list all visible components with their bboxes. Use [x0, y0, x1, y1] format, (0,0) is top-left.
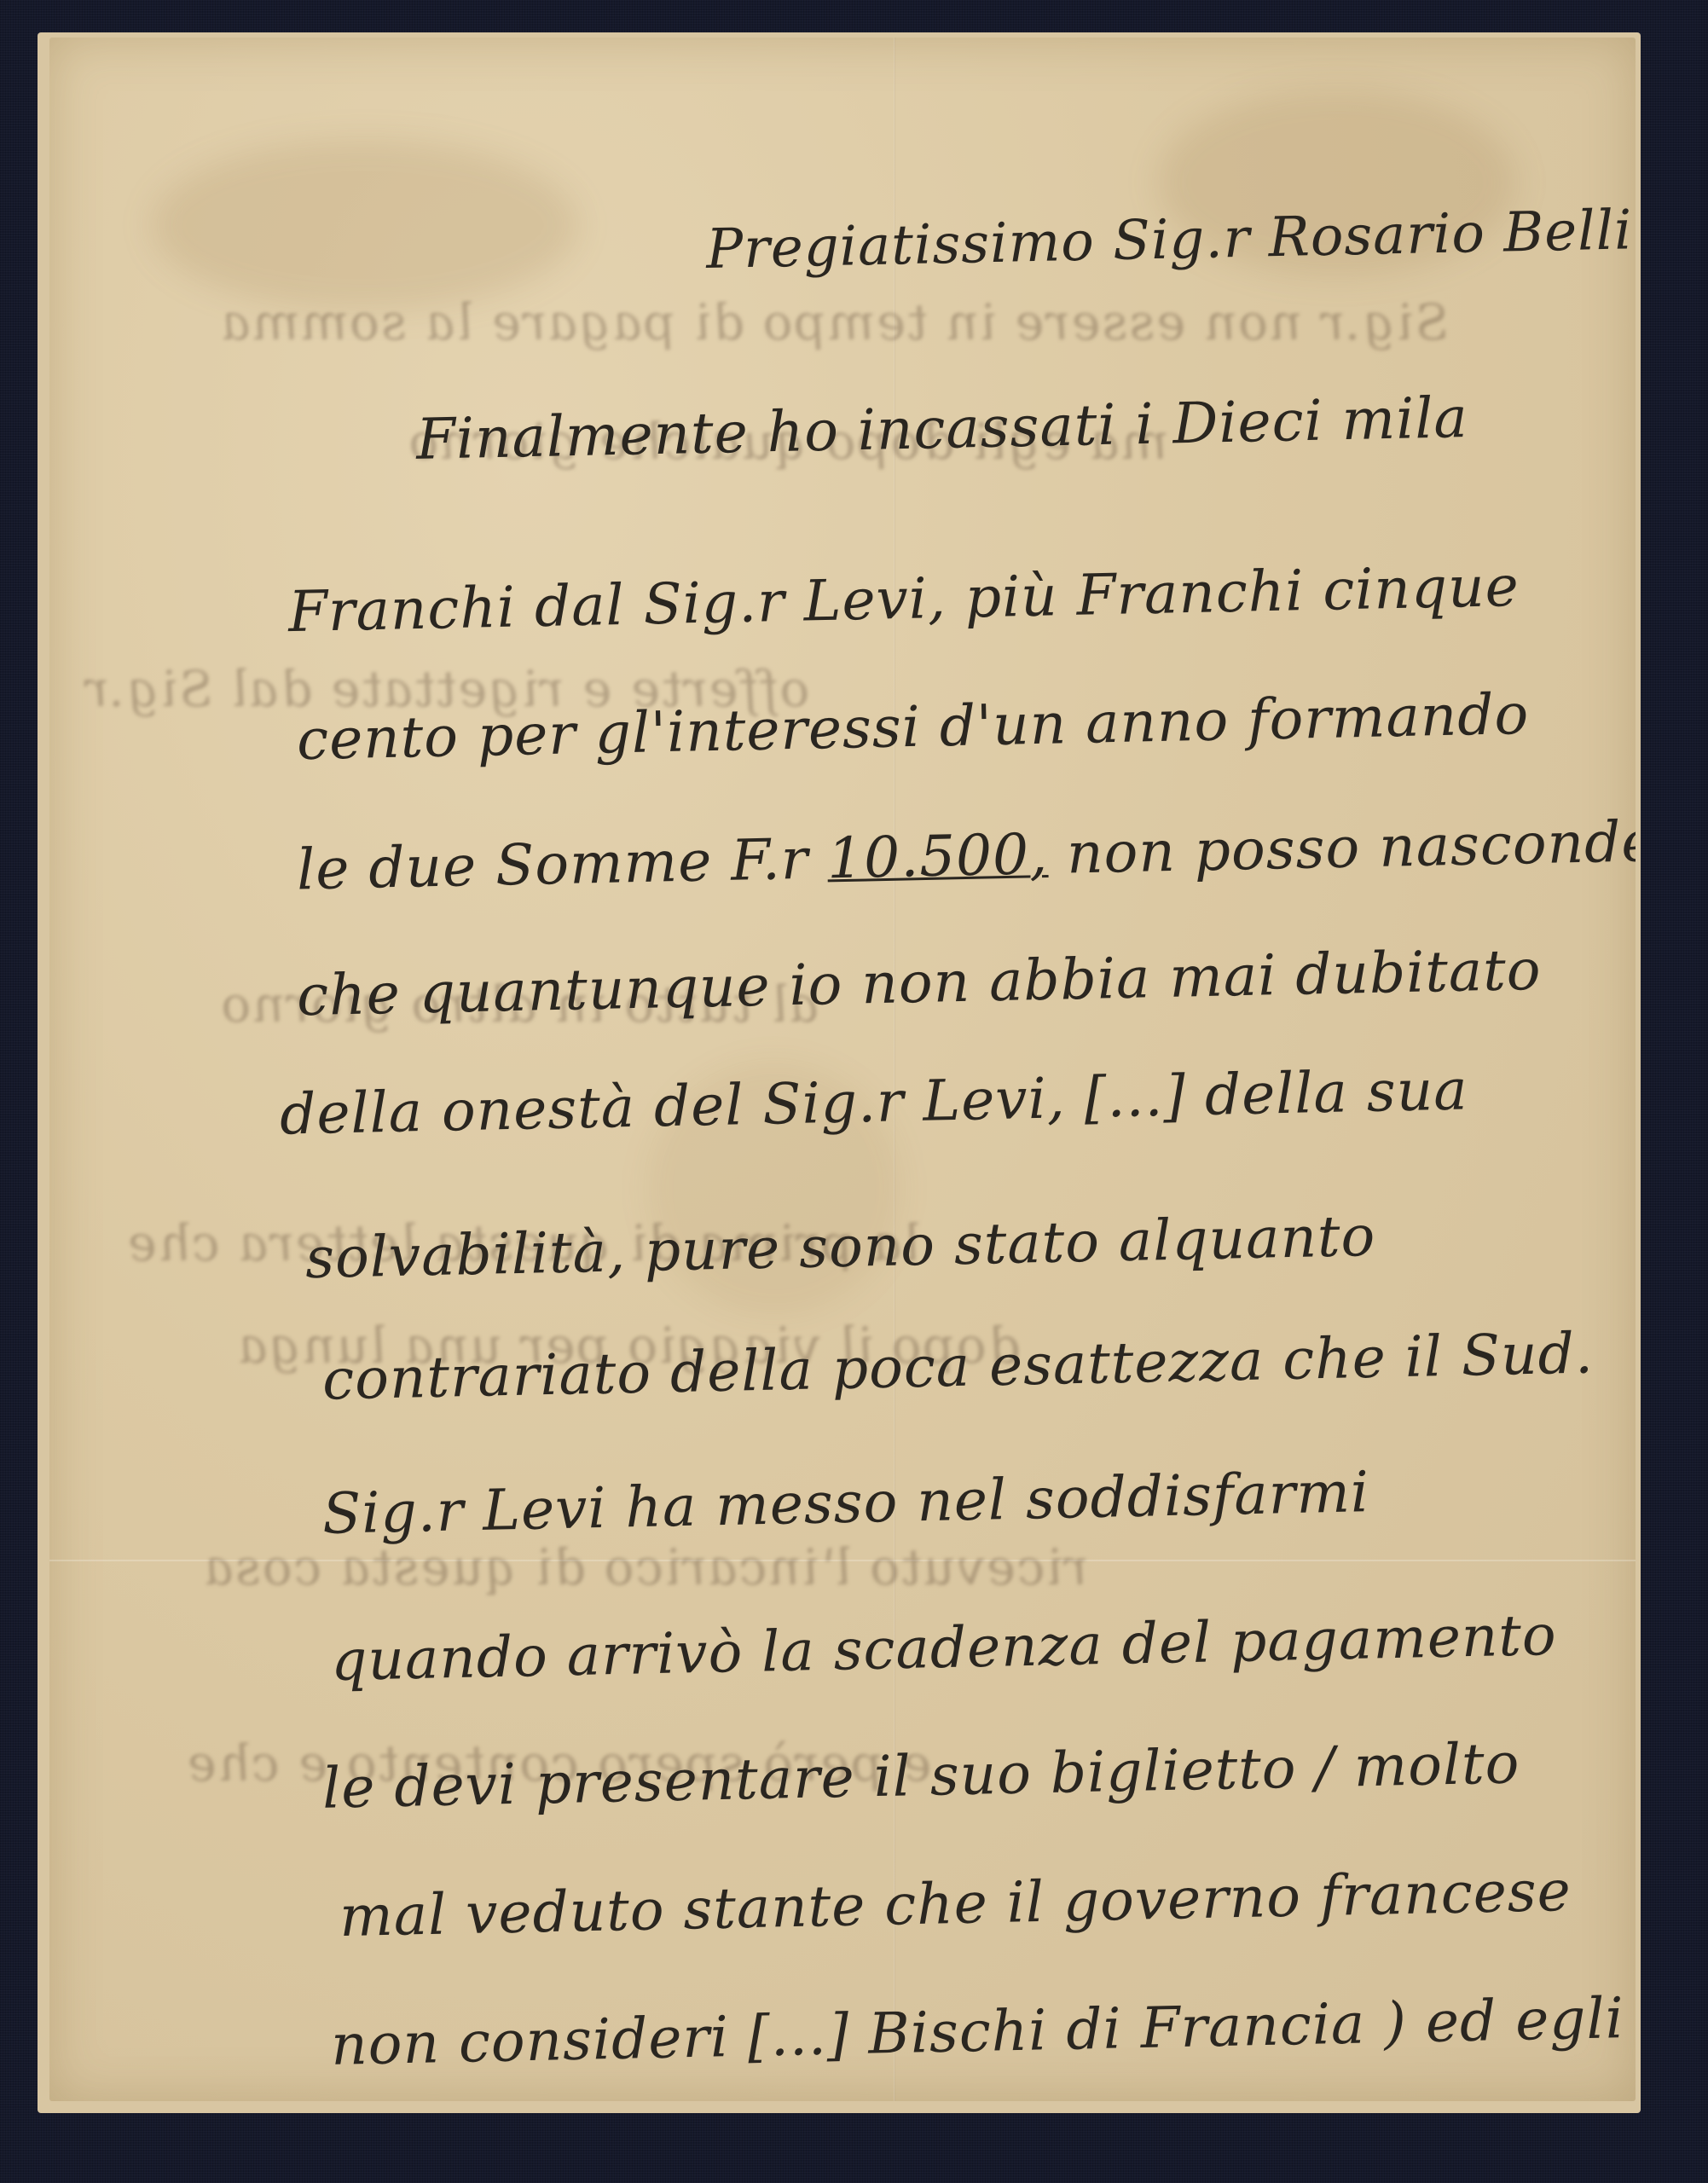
letter-line-9: Sig.r Levi ha messo nel soddisfarmi	[321, 1459, 1369, 1547]
letter-line-12: mal veduto stante che il governo frances…	[339, 1858, 1572, 1949]
letter-line-1: Finalmente ho incassati i Dieci mila	[415, 385, 1468, 472]
letter-line-4-start: le due Somme F.r	[296, 825, 828, 902]
salutation: Pregiatissimo Sig.r Rosario Bellini	[705, 198, 1636, 281]
letter-line-4-end: non posso nascondere	[1047, 808, 1636, 887]
letter-line-13: non consideri [...] Bischi di Francia ) …	[330, 1985, 1624, 2078]
bleed-through-text: ricevuto l'incarico di questa cosa	[199, 1538, 1092, 1596]
letter-page: Sig.r non essere in tempo di pagare la s…	[49, 38, 1636, 2101]
letter-line-10: quando arrivò la scadenza del pagamento	[330, 1602, 1557, 1694]
amount-value: 10.500,	[826, 821, 1048, 891]
bleed-through-text: Sig.r non essere in tempo di pagare la s…	[216, 293, 1453, 351]
letter-line-2: Franchi dal Sig.r Levi, più Franchi cinq…	[287, 553, 1520, 645]
letter-line-5: che quantunque io non abbia mai dubitato	[296, 937, 1542, 1029]
letter-line-4: le due Somme F.r 10.500, non posso nasco…	[296, 808, 1636, 903]
letter-line-6: della onestà del Sig.r Levi, [...] della…	[279, 1057, 1468, 1147]
paper-stain	[152, 140, 578, 310]
